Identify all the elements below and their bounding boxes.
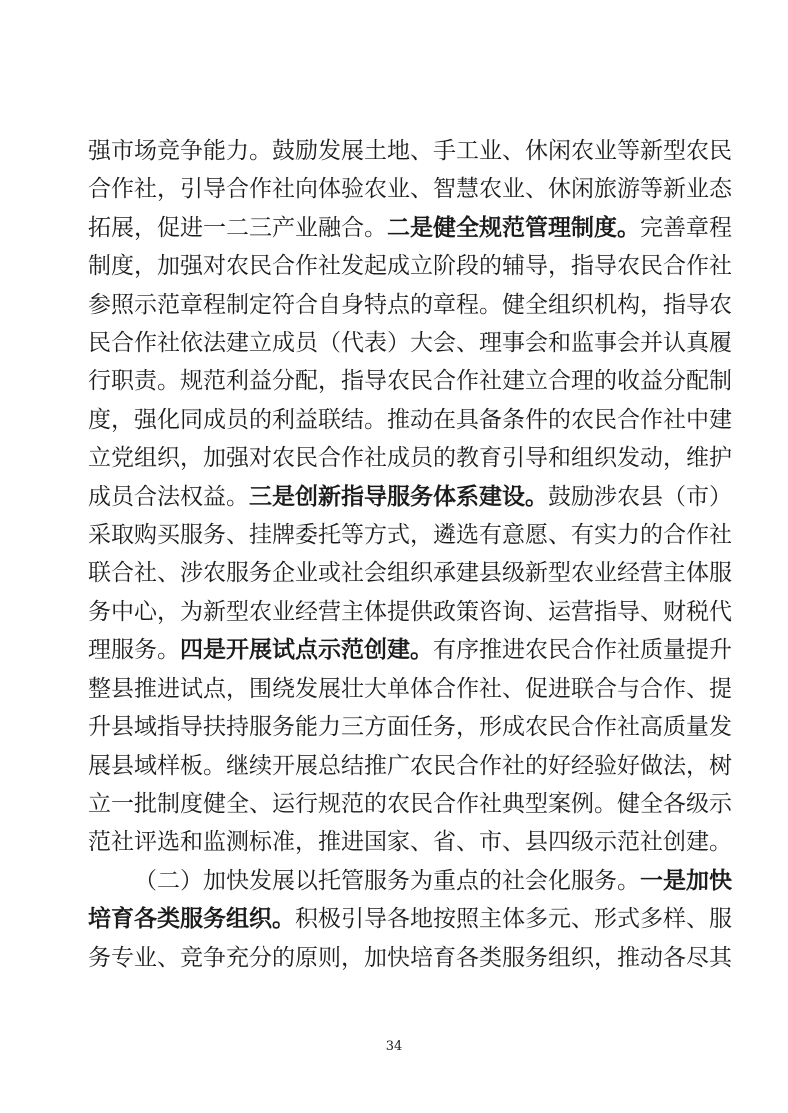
text-run: 完善章程制度，加强对农民合作社发起成立阶段的辅导，指导农民合作社参照示范章程制定… xyxy=(88,215,732,510)
paragraph: 强市场竞争能力。鼓励发展土地、手工业、休闲农业等新型农民合作社，引导合作社向体验… xyxy=(88,132,732,862)
document-body: 强市场竞争能力。鼓励发展土地、手工业、休闲农业等新型农民合作社，引导合作社向体验… xyxy=(88,132,732,977)
bold-text-run: 三是创新指导服务体系建设。 xyxy=(249,483,548,510)
paragraph: （二）加快发展以托管服务为重点的社会化服务。一是加快培育各类服务组织。积极引导各… xyxy=(88,862,732,977)
text-run: （二）加快发展以托管服务为重点的社会化服务。 xyxy=(134,868,640,894)
bold-text-run: 四是开展试点示范创建。 xyxy=(180,636,433,663)
text-run: 有序推进农民合作社质量提升整县推进试点，围绕发展壮大单体合作社、促进联合与合作、… xyxy=(88,637,732,855)
document-page: 强市场竞争能力。鼓励发展土地、手工业、休闲农业等新型农民合作社，引导合作社向体验… xyxy=(0,0,788,1113)
bold-text-run: 二是健全规范管理制度。 xyxy=(387,214,640,241)
page-footer: 34 xyxy=(0,1035,788,1054)
page-number: 34 xyxy=(386,1039,403,1054)
